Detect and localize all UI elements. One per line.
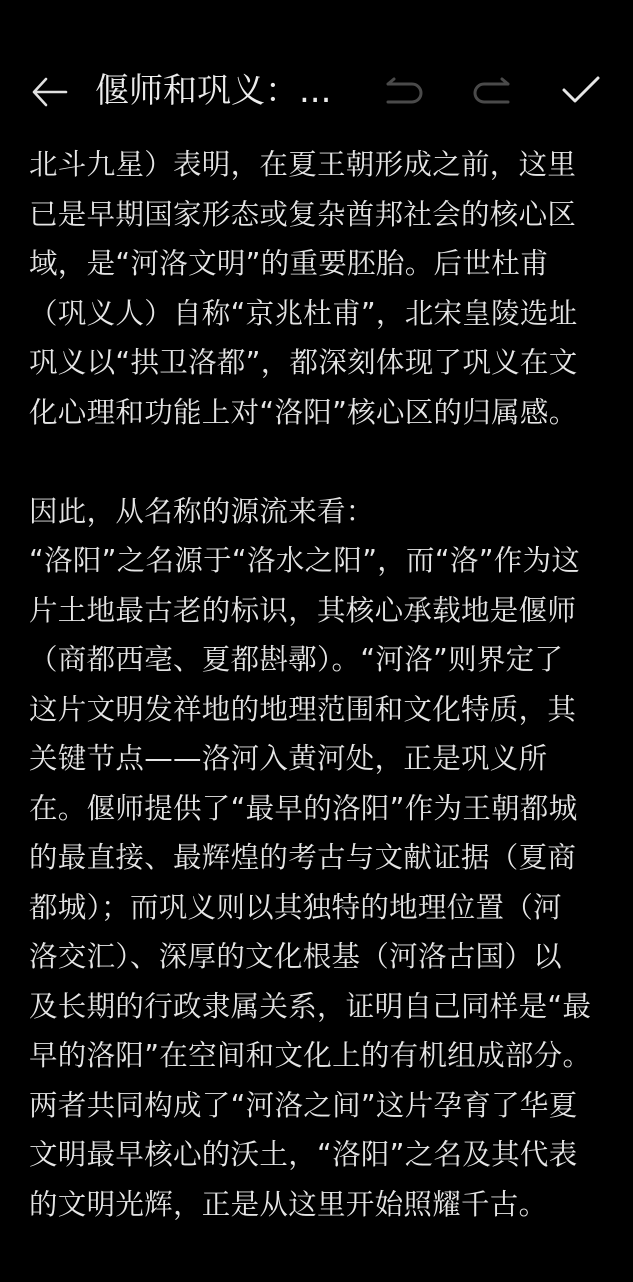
text-line: 化心理和功能上对“洛阳”核心区的归属感。	[29, 388, 609, 438]
text-line: 因此，从名称的源流来看：	[29, 487, 609, 537]
text-line: 域，是“河洛文明”的重要胚胎。后世杜甫	[29, 239, 609, 289]
text-line: 已是早期国家形态或复杂酋邦社会的核心区	[29, 190, 609, 240]
text-line: 文明最早核心的沃土，“洛阳”之名及其代表	[29, 1130, 609, 1180]
toolbar: 偃师和巩义：...	[0, 0, 633, 130]
text-line: （商都西亳、夏都斟鄩）。“河洛”则界定了	[29, 635, 609, 685]
text-line: 的文明光辉，正是从这里开始照耀千古。	[29, 1180, 609, 1230]
arrow-left-icon[interactable]	[30, 72, 70, 112]
undo-icon[interactable]	[384, 74, 424, 110]
text-line: 的最直接、最辉煌的考古与文献证据（夏商	[29, 833, 609, 883]
text-line: （巩义人）自称“京兆杜甫”，北宋皇陵选址	[29, 289, 609, 339]
text-line: 这片文明发祥地的地理范围和文化特质，其	[29, 685, 609, 735]
redo-icon[interactable]	[472, 74, 512, 110]
text-line: 及长期的行政隶属关系，证明自己同样是“最	[29, 982, 609, 1032]
text-line: 洛交汇）、深厚的文化根基（河洛古国）以	[29, 932, 609, 982]
paragraph-gap	[29, 437, 609, 487]
text-line: 关键节点——洛河入黄河处，正是巩义所	[29, 734, 609, 784]
text-line: 两者共同构成了“河洛之间”这片孕育了华夏	[29, 1081, 609, 1131]
check-icon[interactable]	[560, 70, 602, 110]
document-title: 偃师和巩义：...	[95, 66, 331, 116]
text-line: “洛阳”之名源于“洛水之阳”，而“洛”作为这	[29, 536, 609, 586]
text-line: 北斗九星）表明，在夏王朝形成之前，这里	[29, 140, 609, 190]
text-line: 都城）；而巩义则以其独特的地理位置（河	[29, 883, 609, 933]
text-line: 在。偃师提供了“最早的洛阳”作为王朝都城	[29, 784, 609, 834]
text-line: 早的洛阳”在空间和文化上的有机组成部分。	[29, 1031, 609, 1081]
document-body[interactable]: 范围。双槐树的巨大规模、高等级遗迹（如 北斗九星）表明，在夏王朝形成之前，这里 …	[29, 118, 609, 1229]
text-line: 片土地最古老的标识，其核心承载地是偃师	[29, 586, 609, 636]
text-line: 巩义以“拱卫洛都”，都深刻体现了巩义在文	[29, 338, 609, 388]
